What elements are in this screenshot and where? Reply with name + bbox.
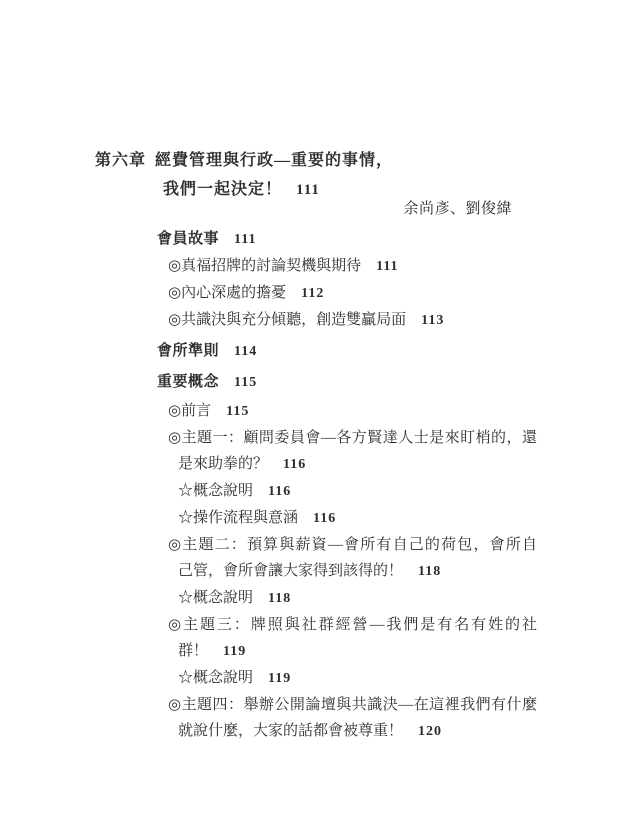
toc-entry-text: ◎主題三：牌照與社群經營—我們是有名有姓的社 [168, 617, 537, 633]
toc-entry-text: ☆概念說明 [178, 483, 253, 499]
page-number: 115 [234, 375, 257, 390]
toc-entry-text: ◎主題四：舉辦公開論壇與共識決—在這裡我們有什麼 [168, 697, 537, 713]
toc-row: ◎主題四：舉辦公開論壇與共識決—在這裡我們有什麼就說什麼，大家的話都會被尊重！1… [0, 692, 537, 745]
toc-row: 會所準則114 [0, 338, 537, 365]
toc-line: 是來助拳的？116 [178, 451, 537, 478]
page-number: 120 [418, 724, 442, 739]
toc-line: ◎主題四：舉辦公開論壇與共識決—在這裡我們有什麼 [168, 692, 537, 718]
toc-entry-text: 會所準則 [157, 343, 219, 359]
toc-entry-text: ◎真福招牌的討論契機與期待 [168, 258, 361, 274]
toc-entry-text: 就說什麼，大家的話都會被尊重！ [178, 723, 403, 739]
toc-entry-text: 群！ [178, 643, 208, 659]
toc-line: 己管，會所會讓大家得到該得的！118 [178, 558, 537, 585]
toc-entry-text: ☆概念說明 [178, 670, 253, 686]
chapter-label: 第六章 [95, 146, 146, 175]
page-number: 111 [376, 259, 398, 274]
toc-line: ◎主題一：顧問委員會—各方賢達人士是來盯梢的，還 [168, 425, 537, 451]
page-number: 119 [268, 671, 291, 686]
page-number: 116 [268, 484, 291, 499]
toc-line: ◎共識決與充分傾聽，創造雙贏局面113 [168, 307, 537, 334]
page-number: 115 [226, 404, 249, 419]
page-number: 118 [268, 591, 291, 606]
scanned-book-page: 第六章 經費管理與行政—重要的事情， 我們一起決定！111 余尚彥、劉俊緯 會員… [0, 0, 626, 840]
toc-entry-text: ◎共識決與充分傾聽，創造雙贏局面 [168, 312, 406, 328]
toc-row: 重要概念115 [0, 369, 537, 396]
toc-entry-text: 己管，會所會讓大家得到該得的！ [178, 563, 403, 579]
toc-row: ☆概念說明119 [0, 665, 537, 692]
toc-row: ◎前言115 [0, 398, 537, 425]
toc-row: ◎內心深處的擔憂112 [0, 280, 537, 307]
toc-row: 會員故事111 [0, 226, 537, 253]
toc-line: 就說什麼，大家的話都會被尊重！120 [178, 718, 537, 745]
chapter-title-line1: 第六章 經費管理與行政—重要的事情， [95, 146, 393, 175]
chapter-title-text: 經費管理與行政—重要的事情， [155, 146, 393, 175]
toc-row: ☆概念說明116 [0, 478, 537, 505]
page-number: 118 [418, 564, 441, 579]
toc-line: ◎內心深處的擔憂112 [168, 280, 537, 307]
toc-line: ◎真福招牌的討論契機與期待111 [168, 253, 537, 280]
toc-row: ◎主題一：顧問委員會—各方賢達人士是來盯梢的，還是來助拳的？116 [0, 425, 537, 478]
toc-entry-text: ◎內心深處的擔憂 [168, 285, 286, 301]
toc-row: ☆概念說明118 [0, 585, 537, 612]
toc-entry-text: ◎主題一：顧問委員會—各方賢達人士是來盯梢的，還 [168, 430, 537, 446]
toc-entry-text: 是來助拳的？ [178, 456, 268, 472]
toc-entry-text: ☆概念說明 [178, 590, 253, 606]
page-number: 119 [223, 644, 246, 659]
toc-row: ◎共識決與充分傾聽，創造雙贏局面113 [0, 307, 537, 334]
page-number: 116 [313, 511, 336, 526]
authors-byline: 余尚彥、劉俊緯 [0, 196, 512, 222]
toc-line: 群！119 [178, 638, 537, 665]
toc-line: ◎主題三：牌照與社群經營—我們是有名有姓的社 [168, 612, 537, 638]
toc-row: ◎主題二：預算與薪資—會所有自己的荷包，會所自己管，會所會讓大家得到該得的！11… [0, 532, 537, 585]
toc-line: ☆概念說明116 [178, 478, 537, 505]
toc-line: 會所準則114 [157, 338, 537, 365]
page-number: 111 [234, 232, 256, 247]
toc-row: ◎真福招牌的討論契機與期待111 [0, 253, 537, 280]
page-number: 114 [234, 344, 257, 359]
toc-list: 會員故事111◎真福招牌的討論契機與期待111◎內心深處的擔憂112◎共識決與充… [0, 226, 537, 745]
toc-line: ◎主題二：預算與薪資—會所有自己的荷包，會所自 [168, 532, 537, 558]
toc-row: ☆操作流程與意涵116 [0, 505, 537, 532]
toc-entry-text: ◎前言 [168, 403, 211, 419]
page-number: 113 [421, 313, 444, 328]
toc-entry-text: ◎主題二：預算與薪資—會所有自己的荷包，會所自 [168, 537, 537, 553]
toc-line: 會員故事111 [157, 226, 537, 253]
toc-entry-text: 重要概念 [157, 374, 219, 390]
toc-entry-text: 會員故事 [157, 231, 219, 247]
toc-row: ◎主題三：牌照與社群經營—我們是有名有姓的社群！119 [0, 612, 537, 665]
toc-line: ☆操作流程與意涵116 [178, 505, 537, 532]
toc-line: 重要概念115 [157, 369, 537, 396]
page-number: 116 [283, 457, 306, 472]
toc-line: ☆概念說明118 [178, 585, 537, 612]
toc-line: ◎前言115 [168, 398, 537, 425]
toc-entry-text: ☆操作流程與意涵 [178, 510, 298, 526]
page-number: 112 [301, 286, 324, 301]
toc-line: ☆概念說明119 [178, 665, 537, 692]
